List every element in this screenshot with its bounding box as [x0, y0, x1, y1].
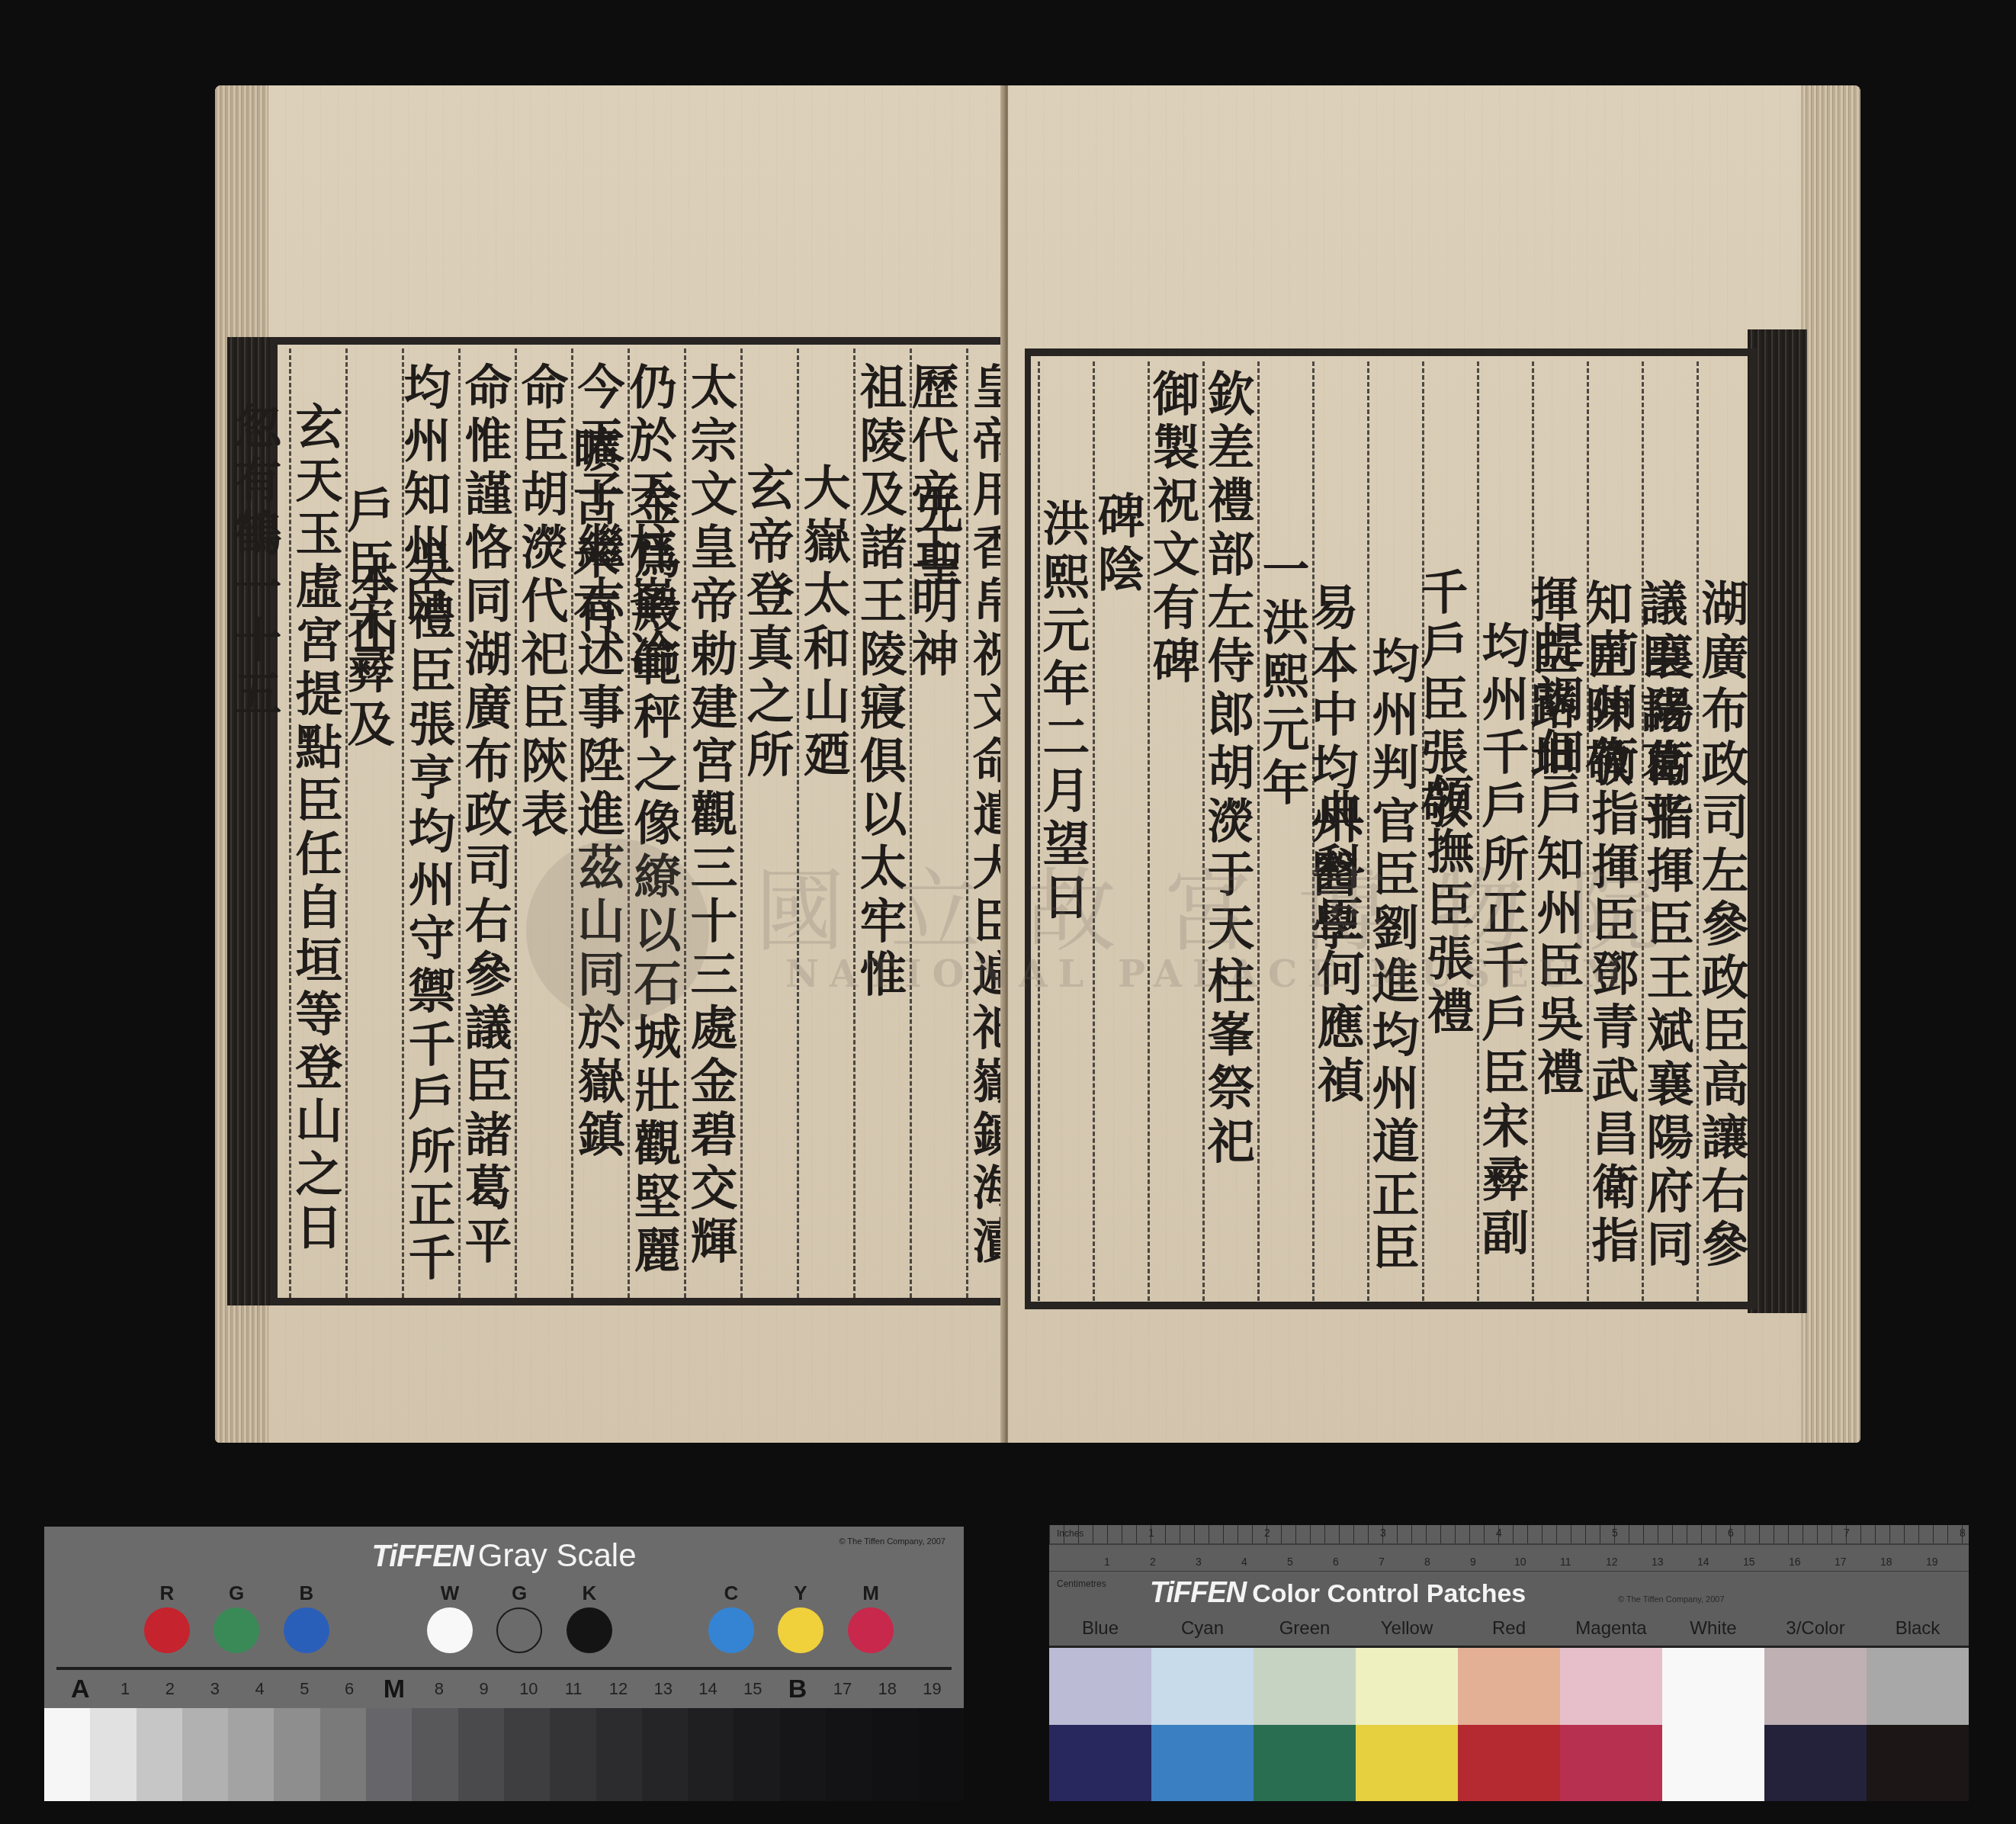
- gray-step: [550, 1708, 595, 1801]
- gray-step: [780, 1708, 826, 1801]
- text-column: 洪熙元年二月望日: [1038, 361, 1093, 1301]
- right-page-edges: [1801, 85, 1860, 1443]
- inch-tick: 4: [1496, 1527, 1502, 1539]
- patch-magenta: [1560, 1648, 1662, 1801]
- gray-step: [412, 1708, 457, 1801]
- gray-step: [136, 1708, 182, 1801]
- gray-step: [320, 1708, 366, 1801]
- text-column: 先聖: [910, 348, 966, 1298]
- dot-magenta: M: [847, 1582, 894, 1653]
- step-label: 18: [865, 1671, 910, 1707]
- gray-step: [504, 1708, 550, 1801]
- gray-step: [90, 1708, 136, 1801]
- cm-tick: 4: [1241, 1556, 1247, 1568]
- patch-labels: Blue Cyan Green Yellow Red Magenta White…: [1049, 1618, 1969, 1646]
- gray-step: [458, 1708, 504, 1801]
- inch-tick: 2: [1264, 1527, 1270, 1539]
- gray-step: [44, 1708, 90, 1801]
- patch-label: White: [1662, 1618, 1764, 1646]
- step-label: 9: [461, 1671, 506, 1707]
- text-column: 碑陰: [1093, 361, 1148, 1301]
- gray-step: [182, 1708, 228, 1801]
- inch-tick: 7: [1844, 1527, 1850, 1539]
- text-column: 命惟謹恪同湖廣布政司右參議臣諸葛平均州知州臣: [458, 348, 515, 1298]
- cm-tick: 7: [1379, 1556, 1385, 1568]
- black-swatch-icon: [567, 1607, 612, 1653]
- dot-black: K: [566, 1582, 613, 1653]
- text-column: 襄陽衛指揮臣王斌襄陽府同知臣陳敬: [1642, 361, 1697, 1301]
- gray-scale-step-labels: A 1 2 3 4 5 6 M 8 9 10 11 12 13 14 15 B …: [44, 1671, 964, 1707]
- patch-white: [1662, 1648, 1764, 1801]
- cm-tick: 18: [1880, 1556, 1892, 1568]
- cm-tick: 10: [1514, 1556, 1526, 1568]
- cm-tick: 16: [1789, 1556, 1801, 1568]
- text-column: 御製祝文有碑: [1148, 361, 1202, 1301]
- blue-swatch-icon: [284, 1607, 329, 1653]
- cm-tick: 14: [1697, 1556, 1709, 1568]
- step-label: 19: [910, 1671, 955, 1707]
- left-page: 皇帝用香帛祝文命遣大臣遍祀嶽鎮海瀆歷代帝王明神 先聖 祖陵及諸王陵寢俱以太牢惟 …: [215, 85, 1004, 1443]
- dot-blue: B: [283, 1582, 330, 1653]
- patch-label: Black: [1867, 1618, 1969, 1646]
- text-column: 一洪熙元年: [1257, 361, 1312, 1301]
- cyan-swatch-icon: [708, 1607, 754, 1653]
- text-column: 命臣胡濙代祀臣陝表: [515, 348, 571, 1298]
- cm-tick: 2: [1150, 1556, 1156, 1568]
- dot-red: R: [143, 1582, 191, 1653]
- gray-step: [228, 1708, 274, 1801]
- right-text-columns: 湖廣布政司左參政臣高讓右參議臣諸葛平 襄陽衛指揮臣王斌襄陽府同知臣陳敬 荊州衛指…: [1038, 361, 1751, 1301]
- step-label: 5: [282, 1671, 327, 1707]
- inch-tick: 3: [1380, 1527, 1386, 1539]
- text-column: 湖廣布政司左參政臣高讓右參議臣諸葛平: [1697, 361, 1751, 1301]
- patch-label: 3/Color: [1764, 1618, 1867, 1646]
- inches-label: Inches: [1057, 1528, 1083, 1539]
- color-patches-title-text: Color Control Patches: [1252, 1579, 1526, 1608]
- tiffen-logo: TiFFEN: [1150, 1577, 1246, 1609]
- patch-label: Red: [1458, 1618, 1560, 1646]
- step-label: 15: [730, 1671, 775, 1707]
- step-label: 4: [237, 1671, 282, 1707]
- dot-gray: G: [496, 1582, 543, 1653]
- color-patches-title: TiFFENColor Control Patches: [1150, 1577, 1526, 1610]
- step-label: 1: [103, 1671, 148, 1707]
- text-column: 玄天玉虛宮提點臣任自垣等登山之日忽有鶴一十五: [289, 348, 345, 1298]
- patch-yellow: [1356, 1648, 1458, 1801]
- cm-tick: 17: [1835, 1556, 1847, 1568]
- inch-tick: 8: [1960, 1527, 1966, 1539]
- inch-tick: 6: [1728, 1527, 1734, 1539]
- red-swatch-icon: [144, 1607, 190, 1653]
- cm-tick: 15: [1743, 1556, 1755, 1568]
- patch-label: Green: [1254, 1618, 1356, 1646]
- patch-label: Blue: [1049, 1618, 1151, 1646]
- step-label: M: [372, 1671, 417, 1707]
- step-label: 6: [327, 1671, 372, 1707]
- dot-yellow: Y: [777, 1582, 824, 1653]
- step-label: 3: [192, 1671, 237, 1707]
- gray-step: [872, 1708, 917, 1801]
- text-column: 典科臣何應禎: [1312, 361, 1367, 1301]
- tiffen-color-control-card: Inches 1 2 3 4 5 6 7 8 1 2 3 4 5 6 7 8 9…: [1049, 1525, 1969, 1801]
- gray-scale-copyright: © The Tiffen Company, 2007: [839, 1537, 945, 1546]
- text-column: 今天子繼志述事陞進茲山同於嶽鎮: [571, 348, 628, 1298]
- gray-scale-strip: [44, 1708, 964, 1801]
- text-column: 均州判官臣劉進均州道正臣易本中均州醫學: [1367, 361, 1422, 1301]
- inch-tick: 1: [1148, 1527, 1154, 1539]
- text-column: 欽差禮部左侍郎胡濙于天柱峯祭祀: [1202, 361, 1257, 1301]
- gray-step: [918, 1708, 964, 1801]
- text-column: 提調佃戶知州臣吳禮: [1532, 361, 1587, 1301]
- gray-scale-title: TiFFENGray Scale: [44, 1537, 964, 1574]
- step-label: 8: [416, 1671, 461, 1707]
- white-swatch-icon: [427, 1607, 473, 1653]
- gray-step: [826, 1708, 872, 1801]
- inch-tick: 5: [1612, 1527, 1618, 1539]
- step-label: A: [58, 1671, 103, 1707]
- measurement-ruler: Inches 1 2 3 4 5 6 7 8 1 2 3 4 5 6 7 8 9…: [1049, 1525, 1969, 1572]
- step-label: 11: [551, 1671, 596, 1707]
- cm-tick: 13: [1652, 1556, 1664, 1568]
- text-column: 荊州衛指揮臣鄧青武昌衛指揮臣路坦: [1587, 361, 1642, 1301]
- patch-3color: [1764, 1648, 1867, 1801]
- green-swatch-icon: [213, 1607, 259, 1653]
- color-patches-copyright: © The Tiffen Company, 2007: [1618, 1595, 1725, 1604]
- gray-step: [688, 1708, 734, 1801]
- cm-tick: 9: [1470, 1556, 1476, 1568]
- yellow-swatch-icon: [778, 1607, 823, 1653]
- text-column: 金爲殿範秤之像繚以石城壯觀堅麗曠古未有: [628, 348, 684, 1298]
- patch-blue: [1049, 1648, 1151, 1801]
- step-label: 10: [506, 1671, 551, 1707]
- tiffen-gray-scale-card: TiFFENGray Scale © The Tiffen Company, 2…: [44, 1527, 964, 1801]
- dot-white: W: [426, 1582, 474, 1653]
- step-label: 13: [640, 1671, 685, 1707]
- gray-swatch-icon: [496, 1607, 542, 1653]
- inch-ruler: [1049, 1525, 1969, 1545]
- cm-tick: 3: [1196, 1556, 1202, 1568]
- patch-label: Yellow: [1356, 1618, 1458, 1646]
- gray-step: [596, 1708, 642, 1801]
- patch-label: Cyan: [1151, 1618, 1254, 1646]
- step-label: 12: [596, 1671, 641, 1707]
- text-column: 大嶽太和山廼: [797, 348, 853, 1298]
- magenta-swatch-icon: [848, 1607, 894, 1653]
- dot-cyan: C: [708, 1582, 755, 1653]
- step-label: 2: [148, 1671, 193, 1707]
- text-column: 本山: [345, 348, 402, 1298]
- patch-black: [1867, 1648, 1969, 1801]
- cm-tick: 19: [1926, 1556, 1938, 1568]
- cm-tick: 8: [1424, 1556, 1430, 1568]
- text-column: 領撫臣張禮: [1422, 361, 1477, 1301]
- step-label: 17: [820, 1671, 865, 1707]
- tiffen-logo: TiFFEN: [371, 1540, 473, 1573]
- left-text-columns: 皇帝用香帛祝文命遣大臣遍祀嶽鎮海瀆歷代帝王明神 先聖 祖陵及諸王陵寢俱以太牢惟 …: [287, 348, 1022, 1298]
- centimetres-label: Centimetres: [1057, 1578, 1106, 1589]
- reference-color-dots: R G B W G K C Y M: [44, 1582, 964, 1665]
- right-page: 湖廣布政司左參政臣高讓右參議臣諸葛平 襄陽衛指揮臣王斌襄陽府同知臣陳敬 荊州衛指…: [1008, 85, 1860, 1443]
- step-label: B: [775, 1671, 820, 1707]
- text-column: 均州千戶所正千戶臣宋彛副千戶臣張敬: [1477, 361, 1532, 1301]
- gray-step: [642, 1708, 688, 1801]
- text-column: 吳禮臣張亨均州守禦千戶所正千戶臣宋彛及: [402, 348, 458, 1298]
- gray-step: [274, 1708, 319, 1801]
- text-column: 玄帝登真之所: [740, 348, 797, 1298]
- patch-red: [1458, 1648, 1560, 1801]
- patch-label: Magenta: [1560, 1618, 1662, 1646]
- cm-tick: 11: [1560, 1556, 1571, 1568]
- open-book: 皇帝用香帛祝文命遣大臣遍祀嶽鎮海瀆歷代帝王明神 先聖 祖陵及諸王陵寢俱以太牢惟 …: [215, 85, 1860, 1443]
- gray-scale-title-text: Gray Scale: [478, 1537, 637, 1573]
- gray-scale-divider: [56, 1667, 952, 1670]
- cm-tick: 5: [1287, 1556, 1293, 1568]
- cm-tick: 12: [1606, 1556, 1618, 1568]
- patch-cyan: [1151, 1648, 1254, 1801]
- color-patch-grid: [1049, 1646, 1969, 1801]
- dot-green: G: [213, 1582, 260, 1653]
- text-column: 太宗文皇帝勅建宮觀三十三處金碧交輝仍於天柱峯冾: [684, 348, 740, 1298]
- text-column: 祖陵及諸王陵寢俱以太牢惟: [853, 348, 910, 1298]
- gray-step: [366, 1708, 412, 1801]
- step-label: 14: [685, 1671, 730, 1707]
- cm-tick: 1: [1104, 1556, 1110, 1568]
- cm-tick: 6: [1333, 1556, 1339, 1568]
- patch-green: [1254, 1648, 1356, 1801]
- gray-step: [734, 1708, 779, 1801]
